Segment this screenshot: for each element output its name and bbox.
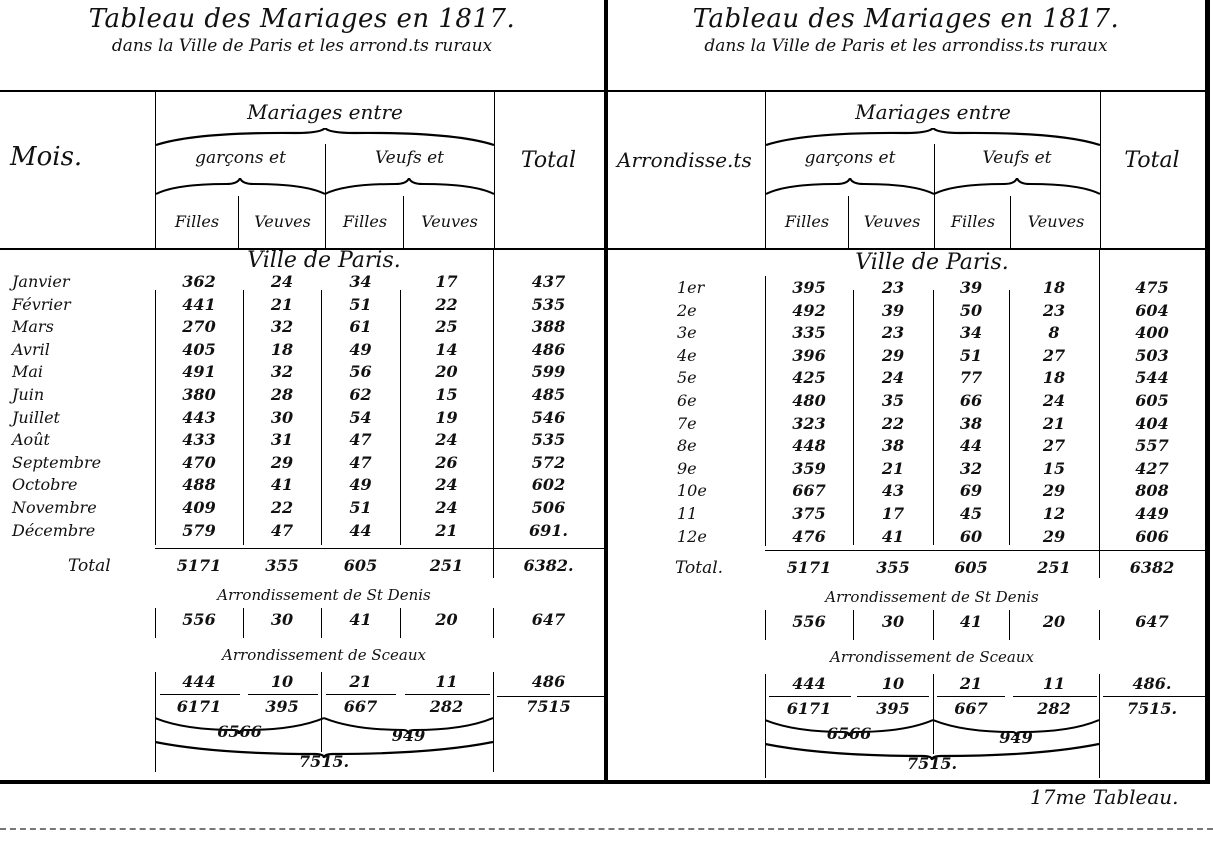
cell-value: 29	[243, 453, 321, 472]
cell-total: 602	[493, 475, 604, 494]
brace-decoration	[934, 178, 1100, 196]
cell-value: 21	[1009, 414, 1099, 433]
page-title: Tableau des Mariages en 1817.	[607, 0, 1205, 34]
rule	[493, 672, 494, 772]
cell-total: 808	[1099, 481, 1205, 500]
cell-value: 50	[933, 301, 1009, 320]
st-denis-row: 556 30 41 20 647	[0, 610, 604, 633]
row-label: Février	[12, 295, 142, 314]
sum-rule	[857, 696, 929, 697]
table-by-arrondissement: Tableau des Mariages en 1817. dans la Vi…	[607, 0, 1210, 784]
cell-value: 24	[853, 368, 933, 387]
cell-total: 506	[493, 498, 604, 517]
table-row: Juin380286215485	[0, 385, 604, 408]
cell-value: 44	[933, 436, 1009, 455]
rule	[321, 608, 322, 638]
cell-value: 24	[1009, 391, 1099, 410]
table-row: Août433314724535	[0, 430, 604, 453]
row-label: Août	[12, 430, 142, 449]
col-header-total: Total	[493, 148, 604, 173]
cell-value: 32	[243, 317, 321, 336]
rule	[243, 608, 244, 638]
page-subtitle: dans la Ville de Paris et les arrond.ts …	[0, 36, 604, 56]
sum-rule	[160, 694, 240, 695]
row-label: Mars	[12, 317, 142, 336]
cell-value: 35	[853, 391, 933, 410]
col-header-veufs-filles: Filles	[325, 196, 404, 248]
cell-total: 400	[1099, 323, 1205, 342]
overall-total: 7515.	[155, 752, 493, 771]
cell-value: 66	[933, 391, 1009, 410]
cell-total: 606	[1099, 527, 1205, 546]
sum-rule	[937, 696, 1005, 697]
total-row: Total 5171 355 605 251 6382.	[0, 556, 604, 579]
cell-value: 49	[321, 475, 400, 494]
subgroup-garcons: garçons et	[766, 148, 934, 168]
table-by-month: Tableau des Mariages en 1817. dans la Vi…	[0, 0, 608, 784]
cell-value: 39	[933, 278, 1009, 297]
row-label: Juin	[12, 385, 142, 404]
cell-value: 29	[1009, 527, 1099, 546]
cell-value: 38	[853, 436, 933, 455]
cell-total: 485	[493, 385, 604, 404]
cell-total: 449	[1099, 504, 1205, 523]
cell-value: 14	[400, 340, 493, 359]
sum-rule	[248, 694, 318, 695]
cell-total: 546	[493, 408, 604, 427]
cell-value: 24	[243, 272, 321, 291]
table-row: Avril405184914486	[0, 340, 604, 363]
cell-value: 667	[765, 481, 853, 500]
cell-value: 323	[765, 414, 853, 433]
cell-value: 47	[321, 430, 400, 449]
cell-value: 491	[155, 362, 243, 381]
table-row: 12e476416029606	[607, 527, 1205, 550]
cell-value: 488	[155, 475, 243, 494]
brace-decoration	[766, 178, 934, 196]
rule	[933, 610, 934, 640]
cell-value: 51	[321, 295, 400, 314]
cell-value: 579	[155, 521, 243, 540]
cell-value: 395	[765, 278, 853, 297]
scan-artifact-line	[0, 828, 1213, 830]
cell-value: 12	[1009, 504, 1099, 523]
table-row: 11375174512449	[607, 504, 1205, 527]
table-row: Octobre488414924602	[0, 475, 604, 498]
col-header-garcons-filles: Filles	[156, 196, 238, 248]
cell-value: 56	[321, 362, 400, 381]
garcons-group-total: 6566	[155, 722, 324, 741]
cell-value: 24	[400, 498, 493, 517]
cell-value: 54	[321, 408, 400, 427]
cell-value: 425	[765, 368, 853, 387]
table-row: 2e492395023604	[607, 301, 1205, 324]
cell-value: 32	[243, 362, 321, 381]
rule	[765, 674, 766, 778]
subgroup-veufs: Veufs et	[934, 148, 1100, 168]
cell-value: 24	[400, 475, 493, 494]
cell-value: 19	[400, 408, 493, 427]
rule	[1009, 610, 1010, 640]
marriages-group-header: Mariages entre garçons et Veufs et Fille…	[765, 92, 1101, 248]
cell-value: 29	[1009, 481, 1099, 500]
sum-rule	[765, 550, 1205, 551]
cell-value: 60	[933, 527, 1009, 546]
table-row: 9e359213215427	[607, 459, 1205, 482]
cell-value: 21	[853, 459, 933, 478]
cell-value: 69	[933, 481, 1009, 500]
section-sceaux: Arrondissement de Sceaux	[155, 646, 493, 664]
page-subtitle: dans la Ville de Paris et les arrondiss.…	[607, 36, 1205, 56]
cell-value: 15	[400, 385, 493, 404]
cell-value: 380	[155, 385, 243, 404]
cell-value: 15	[1009, 459, 1099, 478]
cell-total: 475	[1099, 278, 1205, 297]
row-label: Avril	[12, 340, 142, 359]
cell-value: 8	[1009, 323, 1099, 342]
title-block: Tableau des Mariages en 1817. dans la Vi…	[607, 0, 1205, 92]
cell-total: 557	[1099, 436, 1205, 455]
rule	[1099, 674, 1100, 778]
cell-value: 362	[155, 272, 243, 291]
section-sceaux: Arrondissement de Sceaux	[765, 648, 1099, 666]
cell-value: 51	[933, 346, 1009, 365]
table-row: 3e33523348400	[607, 323, 1205, 346]
table-row: 7e323223821404	[607, 414, 1205, 437]
table-row: Novembre409225124506	[0, 498, 604, 521]
overall-total: 7515.	[765, 754, 1099, 773]
cell-total: 388	[493, 317, 604, 336]
cell-total: 535	[493, 295, 604, 314]
st-denis-row: 556 30 41 20 647	[607, 612, 1205, 635]
cell-value: 405	[155, 340, 243, 359]
col-header-garcons-filles: Filles	[766, 196, 848, 248]
row-label: Novembre	[12, 498, 142, 517]
cell-value: 441	[155, 295, 243, 314]
rule	[493, 608, 494, 638]
table-row: Mars270326125388	[0, 317, 604, 340]
cell-value: 18	[243, 340, 321, 359]
sceaux-row: 444 10 21 11 486.	[607, 674, 1205, 697]
cell-value: 27	[1009, 436, 1099, 455]
cell-total: 437	[493, 272, 604, 291]
cell-value: 22	[243, 498, 321, 517]
column-header: Arrondisse.ts Mariages entre garçons et …	[607, 92, 1205, 250]
col-header-veufs-filles: Filles	[934, 196, 1011, 248]
cell-total: 535	[493, 430, 604, 449]
cell-value: 49	[321, 340, 400, 359]
cell-total: 599	[493, 362, 604, 381]
cell-value: 32	[933, 459, 1009, 478]
brace-decoration	[766, 128, 1100, 146]
rule	[155, 608, 156, 638]
table-row: Décembre579474421691.	[0, 521, 604, 544]
cell-value: 20	[400, 362, 493, 381]
cell-value: 359	[765, 459, 853, 478]
table-number-footer: 17me Tableau.	[1030, 785, 1179, 809]
title-block: Tableau des Mariages en 1817. dans la Vi…	[0, 0, 604, 92]
cell-value: 22	[400, 295, 493, 314]
cell-value: 17	[853, 504, 933, 523]
cell-value: 27	[1009, 346, 1099, 365]
row-header-label: Mois.	[10, 142, 82, 172]
section-st-denis: Arrondissement de St Denis	[765, 588, 1099, 606]
cell-value: 22	[853, 414, 933, 433]
rule	[155, 672, 156, 772]
cell-value: 335	[765, 323, 853, 342]
table-row: 4e396295127503	[607, 346, 1205, 369]
rule	[933, 674, 934, 754]
total-row: Total. 5171 355 605 251 6382	[607, 558, 1205, 581]
cell-value: 492	[765, 301, 853, 320]
cell-value: 24	[400, 430, 493, 449]
row-label: Septembre	[12, 453, 142, 472]
cell-value: 28	[243, 385, 321, 404]
cell-value: 375	[765, 504, 853, 523]
col-header-garcons-veuves: Veuves	[238, 196, 326, 248]
cell-value: 18	[1009, 278, 1099, 297]
rule	[765, 610, 766, 640]
brace-decoration	[325, 178, 494, 196]
table-row: 6e480356624605	[607, 391, 1205, 414]
cell-total: 544	[1099, 368, 1205, 387]
group-title: Mariages entre	[156, 100, 494, 124]
table-row: Février441215122535	[0, 295, 604, 318]
row-label: Mai	[12, 362, 142, 381]
col-header-garcons-veuves: Veuves	[848, 196, 935, 248]
cell-value: 44	[321, 521, 400, 540]
marriages-group-header: Mariages entre garçons et Veufs et Fille…	[155, 92, 495, 248]
table-row: Septembre470294726572	[0, 453, 604, 476]
row-label: Janvier	[12, 272, 142, 291]
cell-value: 30	[243, 408, 321, 427]
cell-total: 427	[1099, 459, 1205, 478]
sceaux-row: 444 10 21 11 486	[0, 672, 604, 695]
cell-value: 480	[765, 391, 853, 410]
cell-value: 47	[243, 521, 321, 540]
cell-value: 41	[243, 475, 321, 494]
cell-value: 45	[933, 504, 1009, 523]
sum-rule	[155, 548, 604, 549]
subgroup-veufs: Veufs et	[325, 148, 494, 168]
cell-total: 503	[1099, 346, 1205, 365]
rule	[400, 608, 401, 638]
row-label: Décembre	[12, 521, 142, 540]
cell-value: 77	[933, 368, 1009, 387]
cell-total: 691.	[493, 521, 604, 540]
cell-total: 404	[1099, 414, 1205, 433]
sum-rule	[769, 696, 851, 697]
cell-value: 47	[321, 453, 400, 472]
cell-value: 31	[243, 430, 321, 449]
cell-value: 61	[321, 317, 400, 336]
cell-value: 409	[155, 498, 243, 517]
cell-value: 23	[1009, 301, 1099, 320]
table-row: 8e448384427557	[607, 436, 1205, 459]
cell-value: 396	[765, 346, 853, 365]
cell-value: 51	[321, 498, 400, 517]
cell-value: 433	[155, 430, 243, 449]
col-header-veufs-veuves: Veuves	[1010, 196, 1101, 248]
cell-value: 21	[400, 521, 493, 540]
table-row: Janvier362243417437	[0, 272, 604, 295]
section-ville-de-paris: Ville de Paris.	[155, 248, 493, 273]
cell-value: 34	[933, 323, 1009, 342]
cell-total: 486	[493, 340, 604, 359]
cell-value: 39	[853, 301, 933, 320]
garcons-group-total: 6566	[765, 724, 933, 743]
cell-value: 23	[853, 323, 933, 342]
cell-value: 41	[853, 527, 933, 546]
cell-value: 476	[765, 527, 853, 546]
cell-value: 18	[1009, 368, 1099, 387]
sum-rule	[1013, 696, 1097, 697]
cell-value: 443	[155, 408, 243, 427]
cell-value: 26	[400, 453, 493, 472]
cell-value: 34	[321, 272, 400, 291]
cell-total: 604	[1099, 301, 1205, 320]
section-st-denis: Arrondissement de St Denis	[155, 586, 493, 604]
brace-decoration	[156, 178, 325, 196]
row-label: Juillet	[12, 408, 142, 427]
cell-value: 29	[853, 346, 933, 365]
table-row: 1er395233918475	[607, 278, 1205, 301]
cell-value: 448	[765, 436, 853, 455]
row-label: Octobre	[12, 475, 142, 494]
rule	[1099, 610, 1100, 640]
cell-value: 270	[155, 317, 243, 336]
table-row: Juillet443305419546	[0, 408, 604, 431]
group-title: Mariages entre	[766, 100, 1100, 124]
table-row: 5e425247718544	[607, 368, 1205, 391]
cell-value: 38	[933, 414, 1009, 433]
sum-rule	[405, 694, 490, 695]
row-header-label: Arrondisse.ts	[617, 148, 752, 172]
sum-rule	[1103, 696, 1205, 697]
page-title: Tableau des Mariages en 1817.	[0, 0, 604, 34]
cell-value: 43	[853, 481, 933, 500]
table-row: 10e667436929808	[607, 481, 1205, 504]
cell-value: 62	[321, 385, 400, 404]
section-ville-de-paris: Ville de Paris.	[765, 250, 1099, 275]
column-header: Mois. Mariages entre garçons et Veufs et…	[0, 92, 604, 250]
col-header-total: Total	[1099, 148, 1205, 173]
cell-value: 25	[400, 317, 493, 336]
cell-value: 23	[853, 278, 933, 297]
table-row: Mai491325620599	[0, 362, 604, 385]
cell-total: 605	[1099, 391, 1205, 410]
cell-total: 572	[493, 453, 604, 472]
cell-value: 470	[155, 453, 243, 472]
cell-value: 17	[400, 272, 493, 291]
rule	[853, 610, 854, 640]
sum-rule	[326, 694, 396, 695]
col-header-veufs-veuves: Veuves	[403, 196, 495, 248]
cell-value: 21	[243, 295, 321, 314]
subgroup-garcons: garçons et	[156, 148, 325, 168]
rule	[321, 672, 322, 752]
